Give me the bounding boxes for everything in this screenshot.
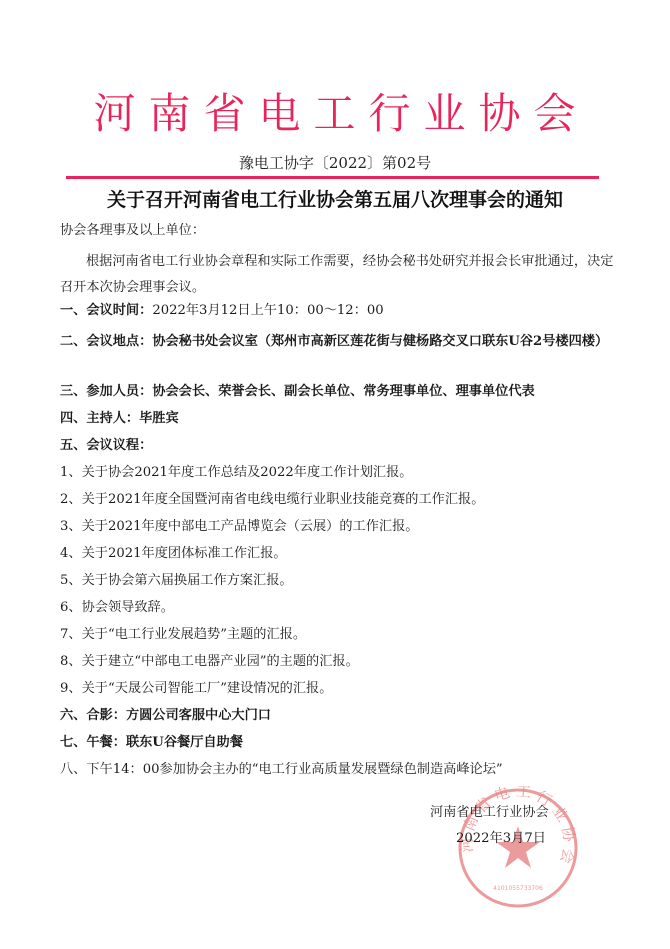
signature-block: 河南省电工行业协会 2022年3月7日 (430, 800, 600, 852)
agenda-item: 7、关于“电工行业发展趋势”主题的汇报。 (60, 626, 620, 643)
section-location: 二、会议地点：协会秘书处会议室（郑州市高新区莲花街与健杨路交叉口联东U谷2号楼四… (60, 329, 620, 355)
agenda-item: 1、关于协会2021年度工作总结及2022年度工作计划汇报。 (60, 464, 620, 481)
agenda-item: 3、关于2021年度中部电工产品博览会（云展）的工作汇报。 (60, 518, 620, 535)
section-label: 一、会议时间： (60, 303, 152, 318)
agenda-item: 9、关于“天晟公司智能工厂”建设情况的汇报。 (60, 680, 620, 697)
section-lunch: 七、午餐：联东U谷餐厅自助餐 (60, 734, 620, 751)
section-value: 协会秘书处会议室（郑州市高新区莲花街与健杨路交叉口联东U谷2号楼四楼） (152, 334, 608, 349)
agenda-item: 6、协会领导致辞。 (60, 599, 620, 616)
section-value: 毕胜宾 (139, 411, 179, 426)
section-value: 协会会长、荣誉会长、副会长单位、常务理事单位、理事单位代表 (152, 384, 534, 399)
signature-org: 河南省电工行业协会 (430, 800, 600, 826)
document-number: 豫电工协字〔2022〕第02号 (0, 153, 670, 173)
section-label: 三、参加人员： (60, 384, 152, 399)
section-label: 八、 (60, 762, 86, 777)
section-forum: 八、下午14：00参加协会主办的“电工行业高质量发展暨绿色制造高峰论坛” (60, 761, 620, 778)
salutation: 协会各理事及以上单位： (60, 222, 620, 239)
section-agenda: 五、会议议程： (60, 437, 620, 454)
section-photo: 六、合影：方圆公司客服中心大门口 (60, 707, 620, 724)
section-label: 六、合影： (60, 708, 126, 723)
section-value: 下午14：00参加协会主办的“电工行业高质量发展暨绿色制造高峰论坛” (86, 762, 502, 777)
section-value: 联东U谷餐厅自助餐 (126, 735, 243, 750)
agenda-item: 8、关于建立“中部电工电器产业园”的主题的汇报。 (60, 653, 620, 670)
section-label: 四、主持人： (60, 411, 139, 426)
notice-title: 关于召开河南省电工行业协会第五届八次理事会的通知 (0, 187, 670, 213)
section-label: 七、午餐： (60, 735, 126, 750)
agenda-item: 5、关于协会第六届换届工作方案汇报。 (60, 572, 620, 589)
section-value: 2022年3月12日上午10：00～12：00 (152, 303, 383, 318)
agenda-item: 2、关于2021年度全国暨河南省电线电缆行业职业技能竞赛的工作汇报。 (60, 491, 620, 508)
org-letterhead-title: 河南省电工行业协会 (0, 88, 670, 140)
agenda-item: 4、关于2021年度团体标准工作汇报。 (60, 545, 620, 562)
section-value: 方圆公司客服中心大门口 (126, 708, 271, 723)
section-label: 五、会议议程： (60, 438, 152, 453)
signature-date: 2022年3月7日 (430, 826, 600, 852)
letterhead-divider (66, 176, 599, 179)
svg-text:4101055733706: 4101055733706 (493, 885, 543, 892)
section-label: 二、会议地点： (60, 334, 152, 349)
section-host: 四、主持人：毕胜宾 (60, 410, 620, 427)
section-time: 一、会议时间：2022年3月12日上午10：00～12：00 (60, 302, 620, 319)
intro-paragraph: 根据河南省电工行业协会章程和实际工作需要，经协会秘书处研究并报会长审批通过，决定… (60, 249, 620, 301)
section-attendees: 三、参加人员：协会会长、荣誉会长、副会长单位、常务理事单位、理事单位代表 (60, 383, 620, 400)
